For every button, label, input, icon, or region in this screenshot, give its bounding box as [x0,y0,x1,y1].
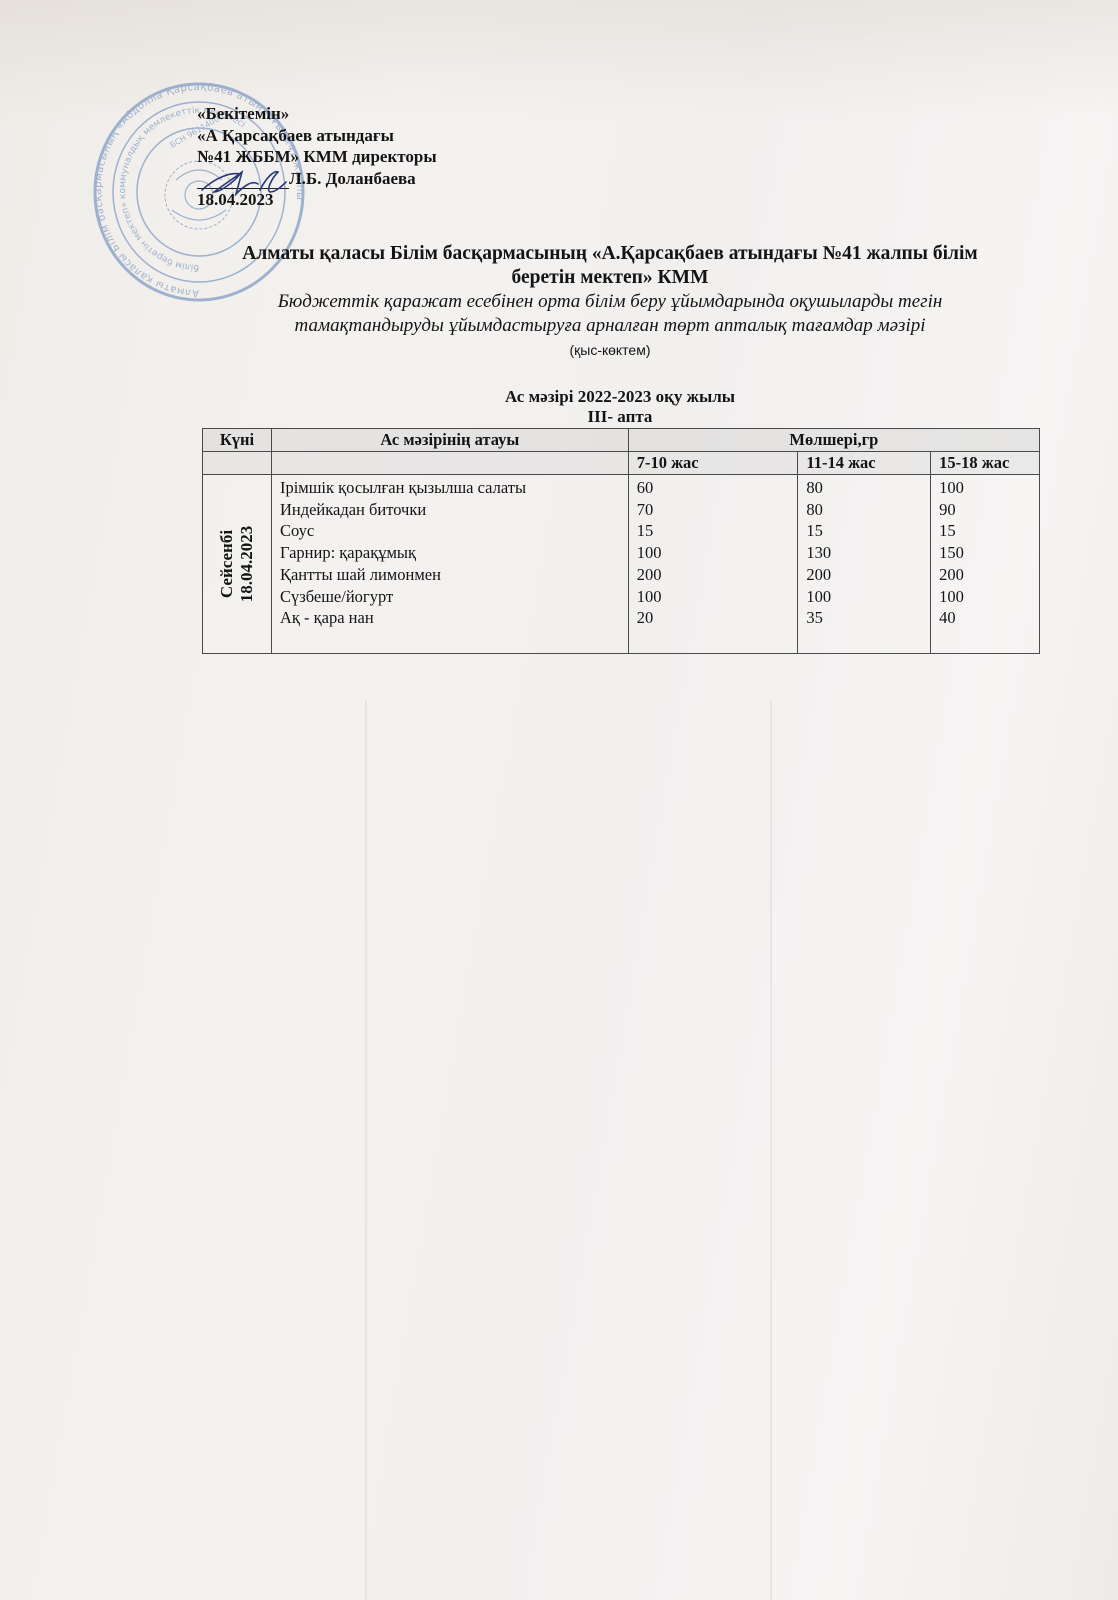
paper-fold [770,700,772,1600]
header-day: Күні [203,429,272,452]
organization-title: беретін мектеп» КММ [190,266,1030,290]
amounts-7-10: 60 70 15 100 200 100 20 [628,475,798,654]
dish-name: Ақ - қара нан [280,607,620,629]
header-age-7-10: 7-10 жас [628,452,798,475]
menu-heading: Ас мәзірі 2022-2023 оқу жылы ІІІ- апта [195,387,1045,427]
day-name: Сейсенбі [217,526,237,603]
document-subtitle: тамақтандыруды ұйымдастыруға арналған тө… [190,314,1030,338]
approval-line: «А Қарсақбаев атындағы [197,125,437,147]
approval-line: №41 ЖББМ» КММ директоры [197,146,437,168]
amounts-15-18: 100 90 15 150 200 100 40 [931,475,1040,654]
amount-value: 100 [939,477,1031,499]
paper-fold [365,700,367,1600]
approval-line: «Бекітемін» [197,103,437,125]
amount-value: 15 [637,520,790,542]
week-label: ІІІ- апта [195,407,1045,427]
document-subtitle: Бюджеттік қаражат есебінен орта білім бе… [190,290,1030,314]
amount-value: 70 [637,499,790,521]
season-label: (қыс-көктем) [190,340,1030,360]
header-empty [271,452,628,475]
dish-name: Индейкадан биточки [280,499,620,521]
school-year: Ас мәзірі 2022-2023 оқу жылы [195,387,1045,407]
amount-value: 100 [637,586,790,608]
amount-value: 100 [806,586,922,608]
dish-name: Сүзбеше/йогурт [280,586,620,608]
amounts-11-14: 80 80 15 130 200 100 35 [798,475,931,654]
document-header: Алматы қаласы Білім басқармасының «А.Қар… [190,242,1030,360]
amount-value: 15 [806,520,922,542]
header-age-11-14: 11-14 жас [798,452,931,475]
dish-name: Соус [280,520,620,542]
header-age-15-18: 15-18 жас [931,452,1040,475]
amount-value: 200 [939,564,1031,586]
dish-name: Гарнир: қарақұмық [280,542,620,564]
table-row: Сейсенбі 18.04.2023 Ірімшік қосылған қыз… [203,475,1040,654]
amount-value: 150 [939,542,1031,564]
amount-value: 35 [806,607,922,629]
day-date: 18.04.2023 [237,526,257,603]
header-amount: Мөлшері,гр [628,429,1039,452]
amount-value: 40 [939,607,1031,629]
signatory-name: Л.Б. Доланбаева [289,169,416,188]
amount-value: 80 [806,477,922,499]
dish-name: Ірімшік қосылған қызылша салаты [280,477,620,499]
dish-list: Ірімшік қосылған қызылша салаты Индейкад… [271,475,628,654]
amount-value: 90 [939,499,1031,521]
amount-value: 80 [806,499,922,521]
amount-value: 100 [939,586,1031,608]
handwritten-signature-icon [200,168,290,198]
amount-value: 200 [806,564,922,586]
header-empty [203,452,272,475]
dish-name: Қантты шай лимонмен [280,564,620,586]
amount-value: 100 [637,542,790,564]
amount-value: 15 [939,520,1031,542]
menu-table: Күні Ас мәзірінің атауы Мөлшері,гр 7-10 … [202,428,1040,654]
amount-value: 200 [637,564,790,586]
organization-title: Алматы қаласы Білім басқармасының «А.Қар… [190,242,1030,266]
day-cell: Сейсенбі 18.04.2023 [203,475,272,654]
header-dish-name: Ас мәзірінің атауы [271,429,628,452]
amount-value: 20 [637,607,790,629]
amount-value: 130 [806,542,922,564]
amount-value: 60 [637,477,790,499]
